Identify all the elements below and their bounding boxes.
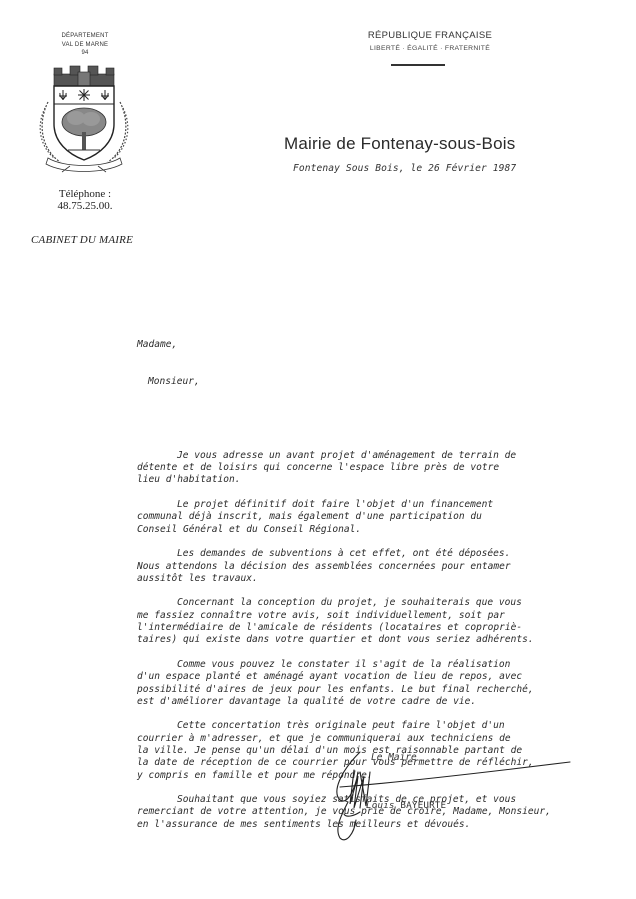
paragraph-line: lieu d'habitation. xyxy=(137,474,597,486)
paragraph-line: communal déjà inscrit, mais également d'… xyxy=(137,511,597,523)
telephone-label: Téléphone : xyxy=(30,188,140,200)
paragraph-gap xyxy=(137,536,597,548)
motto: LIBERTÉ · ÉGALITÉ · FRATERNITÉ xyxy=(340,45,520,52)
paragraph-line: possibilité d'aires de jeux pour les enf… xyxy=(137,684,597,696)
handwritten-signature-icon xyxy=(320,742,580,842)
signatory-name: Louis BAYEURTE xyxy=(366,800,446,811)
paragraph-line: d'un espace planté et aménagé ayant voca… xyxy=(137,671,597,683)
paragraph-line: Les demandes de subventions à cet effet,… xyxy=(137,548,597,560)
coat-of-arms-icon xyxy=(34,62,134,174)
paragraph-line: Le projet définitif doit faire l'objet d… xyxy=(137,499,597,511)
paragraph-line: Cette concertation très originale peut f… xyxy=(137,720,597,732)
telephone-number: 48.75.25.00. xyxy=(30,200,140,212)
paragraph-line: est d'améliorer davantage la qualité de … xyxy=(137,696,597,708)
paragraph-gap xyxy=(137,708,597,720)
paragraph-gap xyxy=(137,585,597,597)
paragraph-gap xyxy=(137,487,597,499)
paragraph: Les demandes de subventions à cet effet,… xyxy=(137,548,597,585)
signatory-last-name: BAYEURTE xyxy=(400,800,446,811)
paragraph-line: Nous attendons la décision des assemblée… xyxy=(137,561,597,573)
signatory-first-name: Louis xyxy=(366,800,395,811)
paragraph: Je vous adresse un avant projet d'aménag… xyxy=(137,450,597,487)
paragraph: Comme vous pouvez le constater il s'agit… xyxy=(137,659,597,708)
paragraph-line: Je vous adresse un avant projet d'aménag… xyxy=(137,450,597,462)
paragraph-line: détente et de loisirs qui concerne l'esp… xyxy=(137,462,597,474)
paragraph: Concernant la conception du projet, je s… xyxy=(137,597,597,646)
department-line: DÉPARTEMENT xyxy=(30,32,140,41)
paragraph-line: Conseil Général et du Conseil Régional. xyxy=(137,524,597,536)
paragraph-gap xyxy=(137,647,597,659)
paragraph-line: me fassiez connaître votre avis, soit in… xyxy=(137,610,597,622)
department-label: DÉPARTEMENT VAL DE MARNE 94 xyxy=(30,32,140,58)
paragraph-gap xyxy=(137,438,597,450)
salutation: Madame, Monsieur, xyxy=(137,315,597,413)
issuer-title: Mairie de Fontenay-sous-Bois xyxy=(284,134,515,154)
salutation-line: Madame, xyxy=(137,339,597,351)
paragraph-line: l'intermédiaire de l'amicale de résident… xyxy=(137,622,597,634)
salutation-line: Monsieur, xyxy=(137,376,597,388)
paragraph-line: Comme vous pouvez le constater il s'agit… xyxy=(137,659,597,671)
republic-heading: RÉPUBLIQUE FRANÇAISE xyxy=(340,30,520,41)
telephone-block: Téléphone : 48.75.25.00. xyxy=(30,188,140,212)
place-date: Fontenay Sous Bois, le 26 Février 1987 xyxy=(293,163,516,174)
paragraph-line: aussitôt les travaux. xyxy=(137,573,597,585)
paragraph: Le projet définitif doit faire l'objet d… xyxy=(137,499,597,536)
signatory-title: Le Maire xyxy=(371,752,417,763)
paragraph-line: Concernant la conception du projet, je s… xyxy=(137,597,597,609)
paragraph-line: taires) qui existe dans votre quartier e… xyxy=(137,634,597,646)
office-label: CABINET DU MAIRE xyxy=(31,234,133,246)
header-divider xyxy=(391,64,445,66)
department-line: 94 xyxy=(30,49,140,58)
department-line: VAL DE MARNE xyxy=(30,41,140,50)
